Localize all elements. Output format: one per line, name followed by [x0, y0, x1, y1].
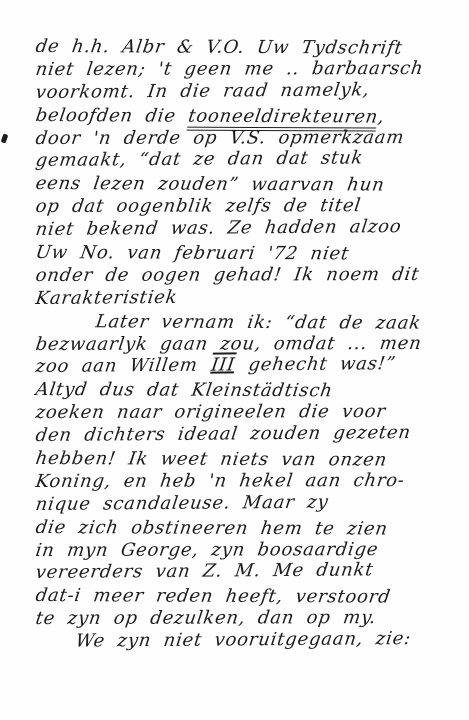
text-line-content: den dichters ideaal zouden gezeten: [34, 422, 412, 448]
text-line-content: gemaakt, “dat ze dan dat stuk: [34, 148, 365, 174]
text-line: hebben! Ik weet niets van onzen: [34, 448, 458, 473]
text-line-paragraph-start: Later vernam ik: “dat de zaak: [34, 311, 458, 336]
text-line: die zich obstineeren hem te zien: [34, 517, 458, 542]
text-line-content: eens lezen zouden” waarvan hun: [34, 173, 386, 197]
text-line-content: niet bekend was. Ze hadden alzoo: [34, 216, 403, 242]
text-line: beloofden die tooneeldirekteuren,: [34, 105, 458, 130]
text-line-content: nique scandaleuse. Maar zy: [34, 491, 330, 516]
text-line: nique scandaleuse. Maar zy: [34, 490, 458, 516]
text-line-content: zoeken naar origineelen die voor: [34, 401, 387, 425]
text-line: Karakteristiek: [34, 284, 458, 310]
text-line: Uw No. van februari '72 niet: [34, 242, 458, 267]
text-line-content: de h.h. Albr & V.O. Uw Tydschrift: [34, 36, 404, 60]
text-line-content: vereerders van Z. M. Me dunkt: [34, 560, 375, 586]
ink-speck-artifact: [1, 133, 9, 143]
text-line-content: op dat oogenblik zelfs de titel: [34, 195, 362, 219]
text-line-paragraph-start: We zyn niet vooruitgegaan, zie:: [34, 628, 458, 654]
manuscript-page: de h.h. Albr & V.O. Uw Tydschrift niet l…: [0, 0, 469, 720]
text-line-content: We zyn niet vooruitgegaan, zie:: [74, 628, 412, 654]
text-segment: zoo aan: [34, 356, 131, 378]
text-line-content: voorkomt. In die raad namelyk,: [34, 79, 371, 105]
text-line: de h.h. Albr & V.O. Uw Tydschrift: [34, 36, 458, 61]
text-line-content: onder de oogen gehad! Ik noem dit: [34, 264, 421, 288]
text-line-content: dat-i meer reden heeft, verstoord: [34, 585, 392, 609]
handwritten-text-block: de h.h. Albr & V.O. Uw Tydschrift niet l…: [34, 36, 458, 654]
text-line-content: Altyd dus dat Kleinstädtisch: [34, 379, 334, 403]
text-segment: gehecht was!”: [235, 354, 398, 376]
text-line-content: beloofden die tooneeldirekteuren,: [34, 105, 386, 129]
text-line-content: te zyn op dezulken, dan op my.: [34, 607, 378, 631]
text-line-content: Koning, en heb 'n hekel aan chro-: [34, 470, 406, 494]
text-line: zoo aan Willem III gehecht was!”: [34, 353, 458, 379]
text-line-content: Uw No. van februari '72 niet: [34, 242, 351, 266]
text-line: voorkomt. In die raad namelyk,: [34, 78, 458, 104]
text-line: den dichters ideaal zouden gezeten: [34, 422, 458, 448]
roman-numeral: III: [209, 355, 238, 376]
text-line: niet bekend was. Ze hadden alzoo: [34, 216, 458, 242]
text-segment: beloofden die: [34, 105, 190, 127]
text-line-content: hebben! Ik weet niets van onzen: [34, 448, 389, 472]
text-line-content: Karakteristiek: [34, 287, 179, 311]
king-name: Willem: [128, 355, 211, 377]
text-line: vereerders van Z. M. Me dunkt: [34, 559, 458, 585]
text-line-content: niet lezen; 't geen me .. barbaarsch: [34, 58, 425, 82]
text-line-content: zoo aan Willem III gehecht was!”: [34, 354, 397, 380]
text-line-content: Later vernam ik: “dat de zaak: [94, 311, 423, 335]
text-segment: ,: [377, 106, 387, 127]
text-line: gemaakt, “dat ze dan dat stuk: [34, 147, 458, 173]
text-line-content: die zich obstineeren hem te zien: [34, 517, 389, 541]
